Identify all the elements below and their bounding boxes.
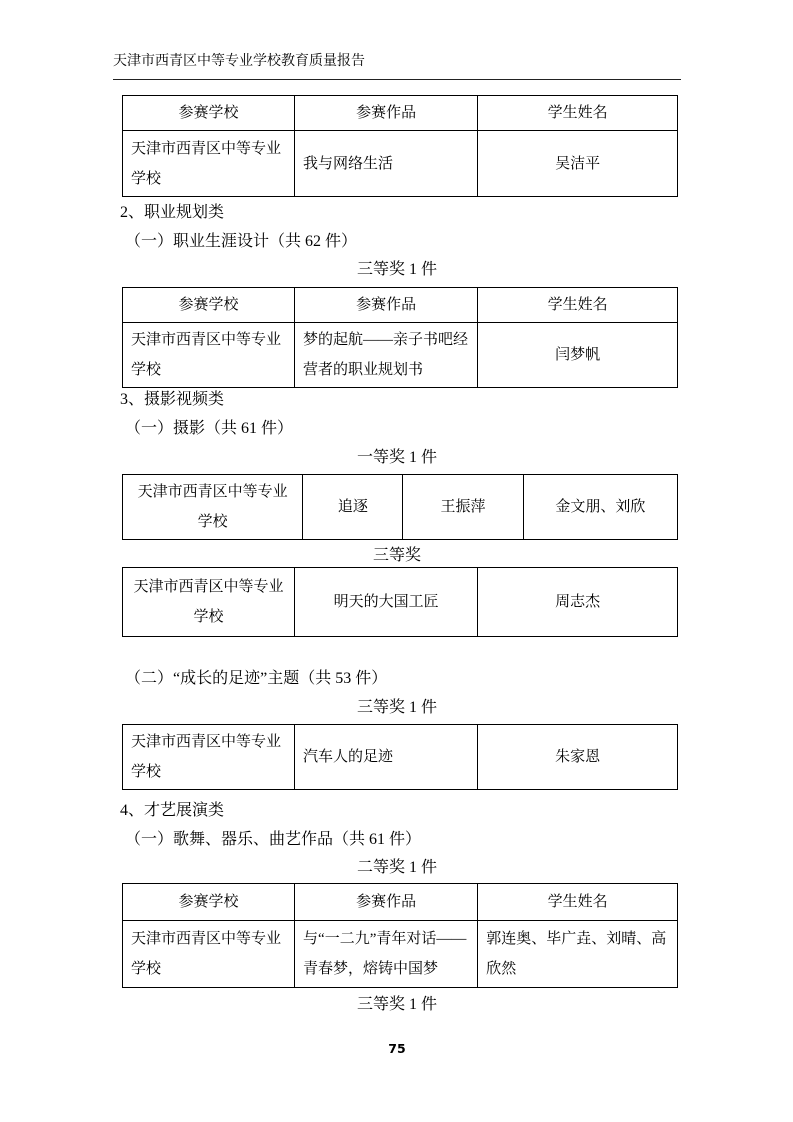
award-tier-line-third-prize: 三等奖 <box>113 545 681 567</box>
school-cell: 天津市西青区中等专业学校 <box>123 725 295 790</box>
school-column-header: 参赛学校 <box>123 96 295 131</box>
table-row: 天津市西青区中等专业学校 我与网络生活 吴洁平 <box>123 131 678 197</box>
awards-table-photography-third: 天津市西青区中等专业学校 明天的大国工匠 周志杰 <box>122 567 678 637</box>
work-cell: 汽车人的足迹 <box>295 725 478 790</box>
table-row: 天津市西青区中等专业学校 梦的起航——亲子书吧经营者的职业规划书 闫梦帆 <box>123 323 678 388</box>
student-column-header: 学生姓名 <box>478 96 678 131</box>
award-tier-line-third-prize: 三等奖 1 件 <box>113 994 681 1016</box>
award-tier-line-first-prize: 一等奖 1 件 <box>113 447 681 469</box>
document-header: 天津市西青区中等专业学校教育质量报告 <box>113 52 681 80</box>
school-column-header: 参赛学校 <box>123 884 295 921</box>
awards-table-growth-third: 天津市西青区中等专业学校 汽车人的足迹 朱家恩 <box>122 724 678 790</box>
subsection-heading-growth-footprints: （二）“成长的足迹”主题（共 53 件） <box>125 668 387 690</box>
work-cell: 明天的大国工匠 <box>295 568 478 637</box>
work-column-header: 参赛作品 <box>295 96 478 131</box>
table-row: 天津市西青区中等专业学校 明天的大国工匠 周志杰 <box>123 568 678 637</box>
award-tier-line-third-prize: 三等奖 1 件 <box>113 697 681 719</box>
student-column-header: 学生姓名 <box>478 288 678 323</box>
extra-names-cell: 金文朋、刘欣 <box>523 475 677 540</box>
student-cell: 闫梦帆 <box>478 323 678 388</box>
work-cell: 我与网络生活 <box>295 131 478 197</box>
work-cell: 与“一二九”青年对话——青春梦，熔铸中国梦 <box>295 921 478 988</box>
work-column-header: 参赛作品 <box>295 288 478 323</box>
table-row: 天津市西青区中等专业学校 汽车人的足迹 朱家恩 <box>123 725 678 790</box>
award-tier-line-second-prize: 二等奖 1 件 <box>113 857 681 879</box>
student-cell: 吴洁平 <box>478 131 678 197</box>
document-header-title: 天津市西青区中等专业学校教育质量报告 <box>113 54 365 69</box>
subsection-heading-song-dance: （一）歌舞、器乐、曲艺作品（共 61 件） <box>125 829 421 851</box>
student-cell: 郭连奥、毕广垚、刘晴、高欣然 <box>478 921 678 988</box>
subsection-heading-career-design: （一）职业生涯设计（共 62 件） <box>125 231 357 253</box>
awards-table-career-planning: 参赛学校 参赛作品 学生姓名 天津市西青区中等专业学校 梦的起航——亲子书吧经营… <box>122 287 678 388</box>
table-header-row: 参赛学校 参赛作品 学生姓名 <box>123 884 678 921</box>
school-cell: 天津市西青区中等专业学校 <box>123 475 303 540</box>
school-cell: 天津市西青区中等专业学校 <box>123 323 295 388</box>
section-heading-photo-video: 3、摄影视频类 <box>120 389 224 411</box>
section-heading-career-planning: 2、职业规划类 <box>120 202 224 224</box>
work-column-header: 参赛作品 <box>295 884 478 921</box>
student-cell: 朱家恩 <box>478 725 678 790</box>
award-tier-line-third-prize: 三等奖 1 件 <box>113 259 681 281</box>
school-cell: 天津市西青区中等专业学校 <box>123 921 295 988</box>
table-header-row: 参赛学校 参赛作品 学生姓名 <box>123 96 678 131</box>
awards-table-photography-first: 天津市西青区中等专业学校 追逐 王振萍 金文朋、刘欣 <box>122 474 678 540</box>
table-header-row: 参赛学校 参赛作品 学生姓名 <box>123 288 678 323</box>
school-cell: 天津市西青区中等专业学校 <box>123 131 295 197</box>
work-cell: 追逐 <box>303 475 403 540</box>
student-column-header: 学生姓名 <box>478 884 678 921</box>
page-number: 75 <box>113 1041 681 1056</box>
awards-table-talent-second: 参赛学校 参赛作品 学生姓名 天津市西青区中等专业学校 与“一二九”青年对话——… <box>122 883 678 988</box>
awards-table-internet-life: 参赛学校 参赛作品 学生姓名 天津市西青区中等专业学校 我与网络生活 吴洁平 <box>122 95 678 197</box>
school-cell: 天津市西青区中等专业学校 <box>123 568 295 637</box>
section-heading-talent-show: 4、才艺展演类 <box>120 800 224 822</box>
work-cell: 梦的起航——亲子书吧经营者的职业规划书 <box>295 323 478 388</box>
subsection-heading-photography: （一）摄影（共 61 件） <box>125 418 293 440</box>
school-column-header: 参赛学校 <box>123 288 295 323</box>
table-row: 天津市西青区中等专业学校 追逐 王振萍 金文朋、刘欣 <box>123 475 678 540</box>
table-row: 天津市西青区中等专业学校 与“一二九”青年对话——青春梦，熔铸中国梦 郭连奥、毕… <box>123 921 678 988</box>
student-cell: 王振萍 <box>403 475 523 540</box>
student-cell: 周志杰 <box>478 568 678 637</box>
